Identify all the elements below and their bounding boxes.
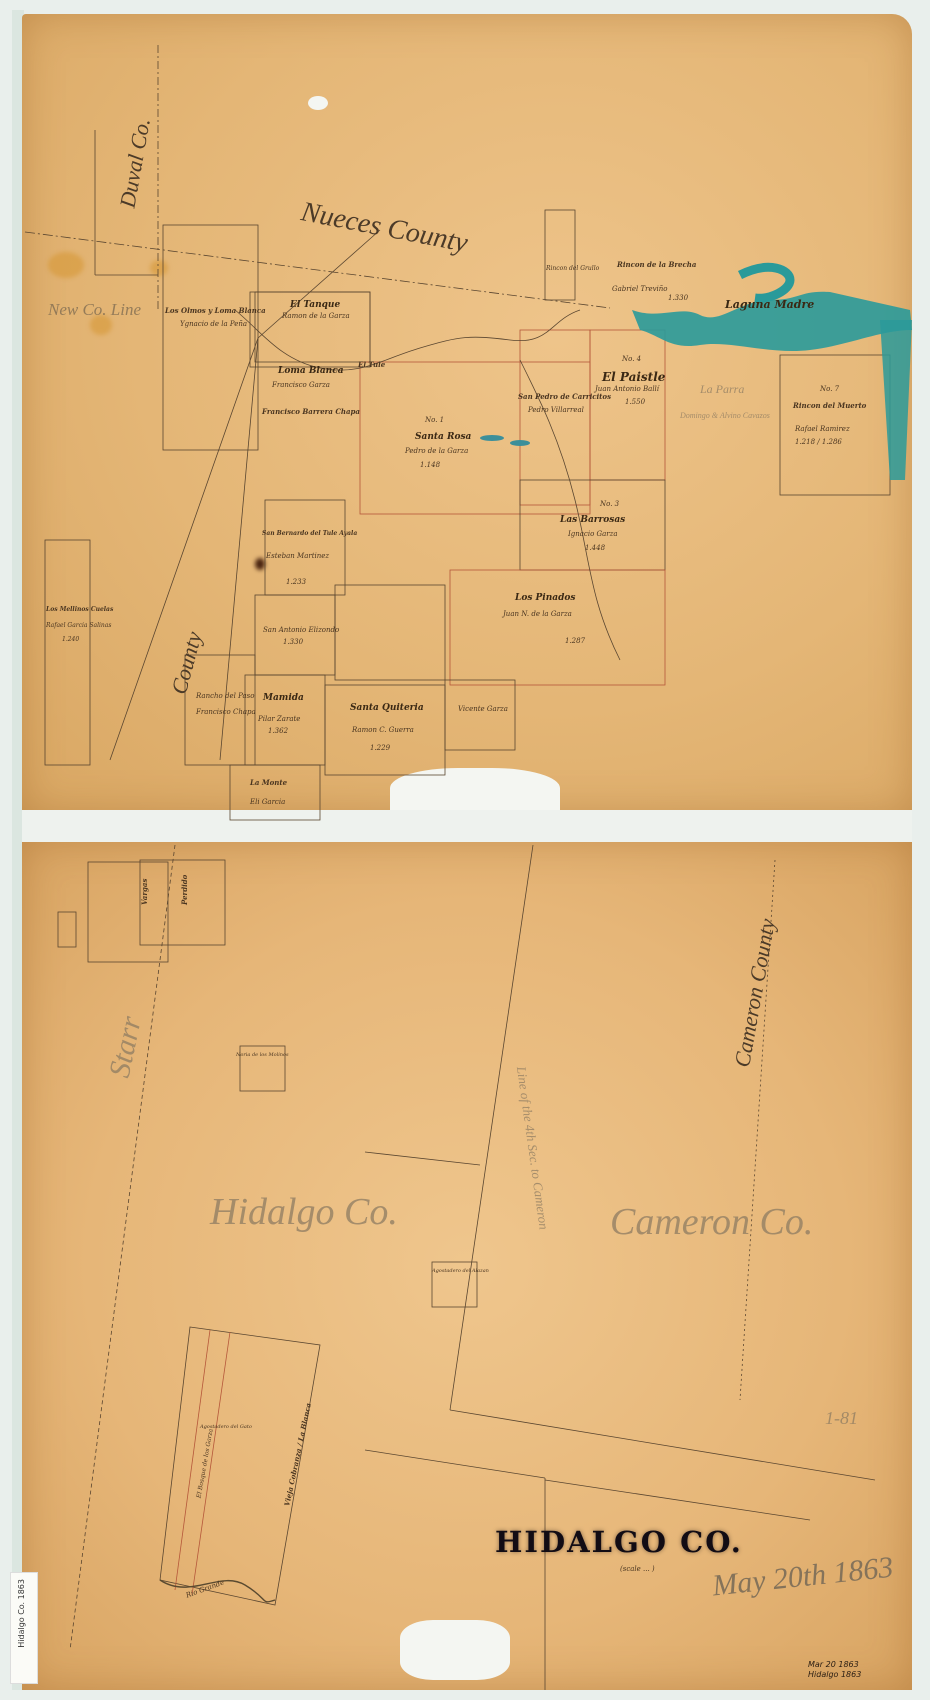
grant-el-tule: El Tule <box>358 360 385 369</box>
grant-san-antonio-number: 1.330 <box>283 638 303 646</box>
grant-los-pinados-owner: Juan N. de la Garza <box>503 610 572 618</box>
pencil-number: 1-81 <box>825 1408 858 1429</box>
grant-santa-quiteria-number: 1.229 <box>370 744 390 752</box>
survey-no-7: No. 7 <box>820 385 839 393</box>
grant-rancho-del-paso: Rancho del Paso <box>196 692 254 700</box>
grant-los-mellinos-owner: Rafael Garcia Salinas <box>46 622 111 629</box>
grant-los-mellinos: Los Mellinos Cuelas <box>46 606 113 613</box>
grant-vargas: Vargas <box>140 879 149 905</box>
grant-los-pinados: Los Pinados <box>515 593 575 603</box>
survey-no-1: No. 1 <box>425 416 444 424</box>
grant-los-pinados-number: 1.287 <box>565 637 585 645</box>
grant-santa-rosa: Santa Rosa <box>415 432 471 442</box>
grant-perdido: Perdido <box>180 875 189 905</box>
grant-el-paistle-owner: Juan Antonio Ballí <box>595 385 659 393</box>
grant-el-tanque: El Tanque <box>290 300 340 310</box>
label-cameron-pencil: Cameron Co. <box>610 1200 813 1244</box>
grant-mamida-owner: Pilar Zarate <box>258 715 300 723</box>
map-title: HIDALGO CO. <box>495 1525 743 1559</box>
grant-francisco-barrera: Francisco Barrera Chapa <box>262 407 360 416</box>
grant-las-barrosas: Las Barrosas <box>560 515 625 525</box>
grant-rincon-grullo: Rincon del Grullo <box>546 265 599 272</box>
grant-san-bernardo: San Bernardo del Tule Ayala <box>262 530 357 537</box>
grant-rincon-muerto: Rincon del Muerto <box>793 401 866 410</box>
catalog-label: Hidalgo Co. 1863 <box>10 1572 38 1684</box>
grant-san-pedro-owner: Pedro Villarreal <box>528 406 584 414</box>
survey-no-3: No. 3 <box>600 500 619 508</box>
grant-el-paistle-number: 1.550 <box>625 398 645 406</box>
grant-el-paistle: El Paistle <box>602 370 665 384</box>
grant-el-tanque-owner: Ramon de la Garza <box>282 312 350 320</box>
label-new-county-line: New Co. Line <box>48 300 141 320</box>
corner-note: Mar 20 1863 Hidalgo 1863 <box>808 1660 861 1680</box>
grant-san-bernardo-owner: Esteban Martinez <box>266 552 329 560</box>
grant-santa-rosa-owner: Pedro de la Garza <box>405 447 468 455</box>
grant-rincon-brecha-owner: Gabriel Treviño <box>612 285 668 293</box>
grant-santa-rosa-number: 1.148 <box>420 461 440 469</box>
grant-rincon-muerto-number: 1.218 / 1.286 <box>795 438 842 446</box>
grant-rancho-del-paso-owner: Francisco Chapa <box>196 708 256 716</box>
scale-note: (scale ... ) <box>620 1565 655 1573</box>
label-hidalgo-pencil: Hidalgo Co. <box>210 1190 398 1234</box>
survey-no-4: No. 4 <box>622 355 641 363</box>
grant-rincon-brecha: Rincon de la Brecha <box>617 260 696 269</box>
grant-san-antonio: San Antonio Elizondo <box>263 626 339 634</box>
grant-la-monte-owner: Eli Garcia <box>250 798 285 806</box>
catalog-label-text: Hidalgo Co. 1863 <box>17 1579 26 1648</box>
grant-la-parra: La Parra <box>700 382 744 397</box>
corner-note-line-2: Hidalgo 1863 <box>808 1670 861 1680</box>
corner-note-line-1: Mar 20 1863 <box>808 1660 861 1670</box>
grant-mamida: Mamida <box>263 693 304 703</box>
grant-mamida-number: 1.362 <box>268 727 288 735</box>
grant-vicente-garza: Vicente Garza <box>458 705 508 713</box>
grant-rincon-brecha-number: 1.330 <box>668 294 688 302</box>
grant-san-bernardo-number: 1.233 <box>286 578 306 586</box>
grant-agostadero-alazan: Agostadero del Alazan <box>432 1268 489 1274</box>
grant-san-pedro: San Pedro de Carricitos <box>518 392 611 401</box>
grant-la-parra-owner: Domingo & Alvino Cavazos <box>680 411 770 420</box>
grant-noria-molinos: Noria de los Molinos <box>236 1052 289 1058</box>
grant-las-barrosas-owner: Ignacio Garza <box>568 530 618 538</box>
grant-las-barrosas-number: 1.448 <box>585 544 605 552</box>
grant-los-olmos-owner: Ygnacio de la Peña <box>180 320 247 328</box>
grant-la-monte: La Monte <box>250 778 287 787</box>
grant-agostadero-gato: Agostadero del Gato <box>200 1424 252 1430</box>
label-laguna-madre: Laguna Madre <box>725 298 814 311</box>
grant-santa-quiteria: Santa Quiteria <box>350 703 424 713</box>
grant-loma-blanca-owner: Francisco Garza <box>272 381 330 389</box>
grant-los-olmos: Los Olmos y Loma Blanca <box>165 306 266 315</box>
grant-santa-quiteria-owner: Ramon C. Guerra <box>352 726 414 734</box>
grant-rincon-muerto-owner: Rafael Ramirez <box>795 425 850 433</box>
grant-los-mellinos-number: 1.240 <box>62 636 79 643</box>
grant-loma-blanca: Loma Blanca <box>278 366 344 376</box>
